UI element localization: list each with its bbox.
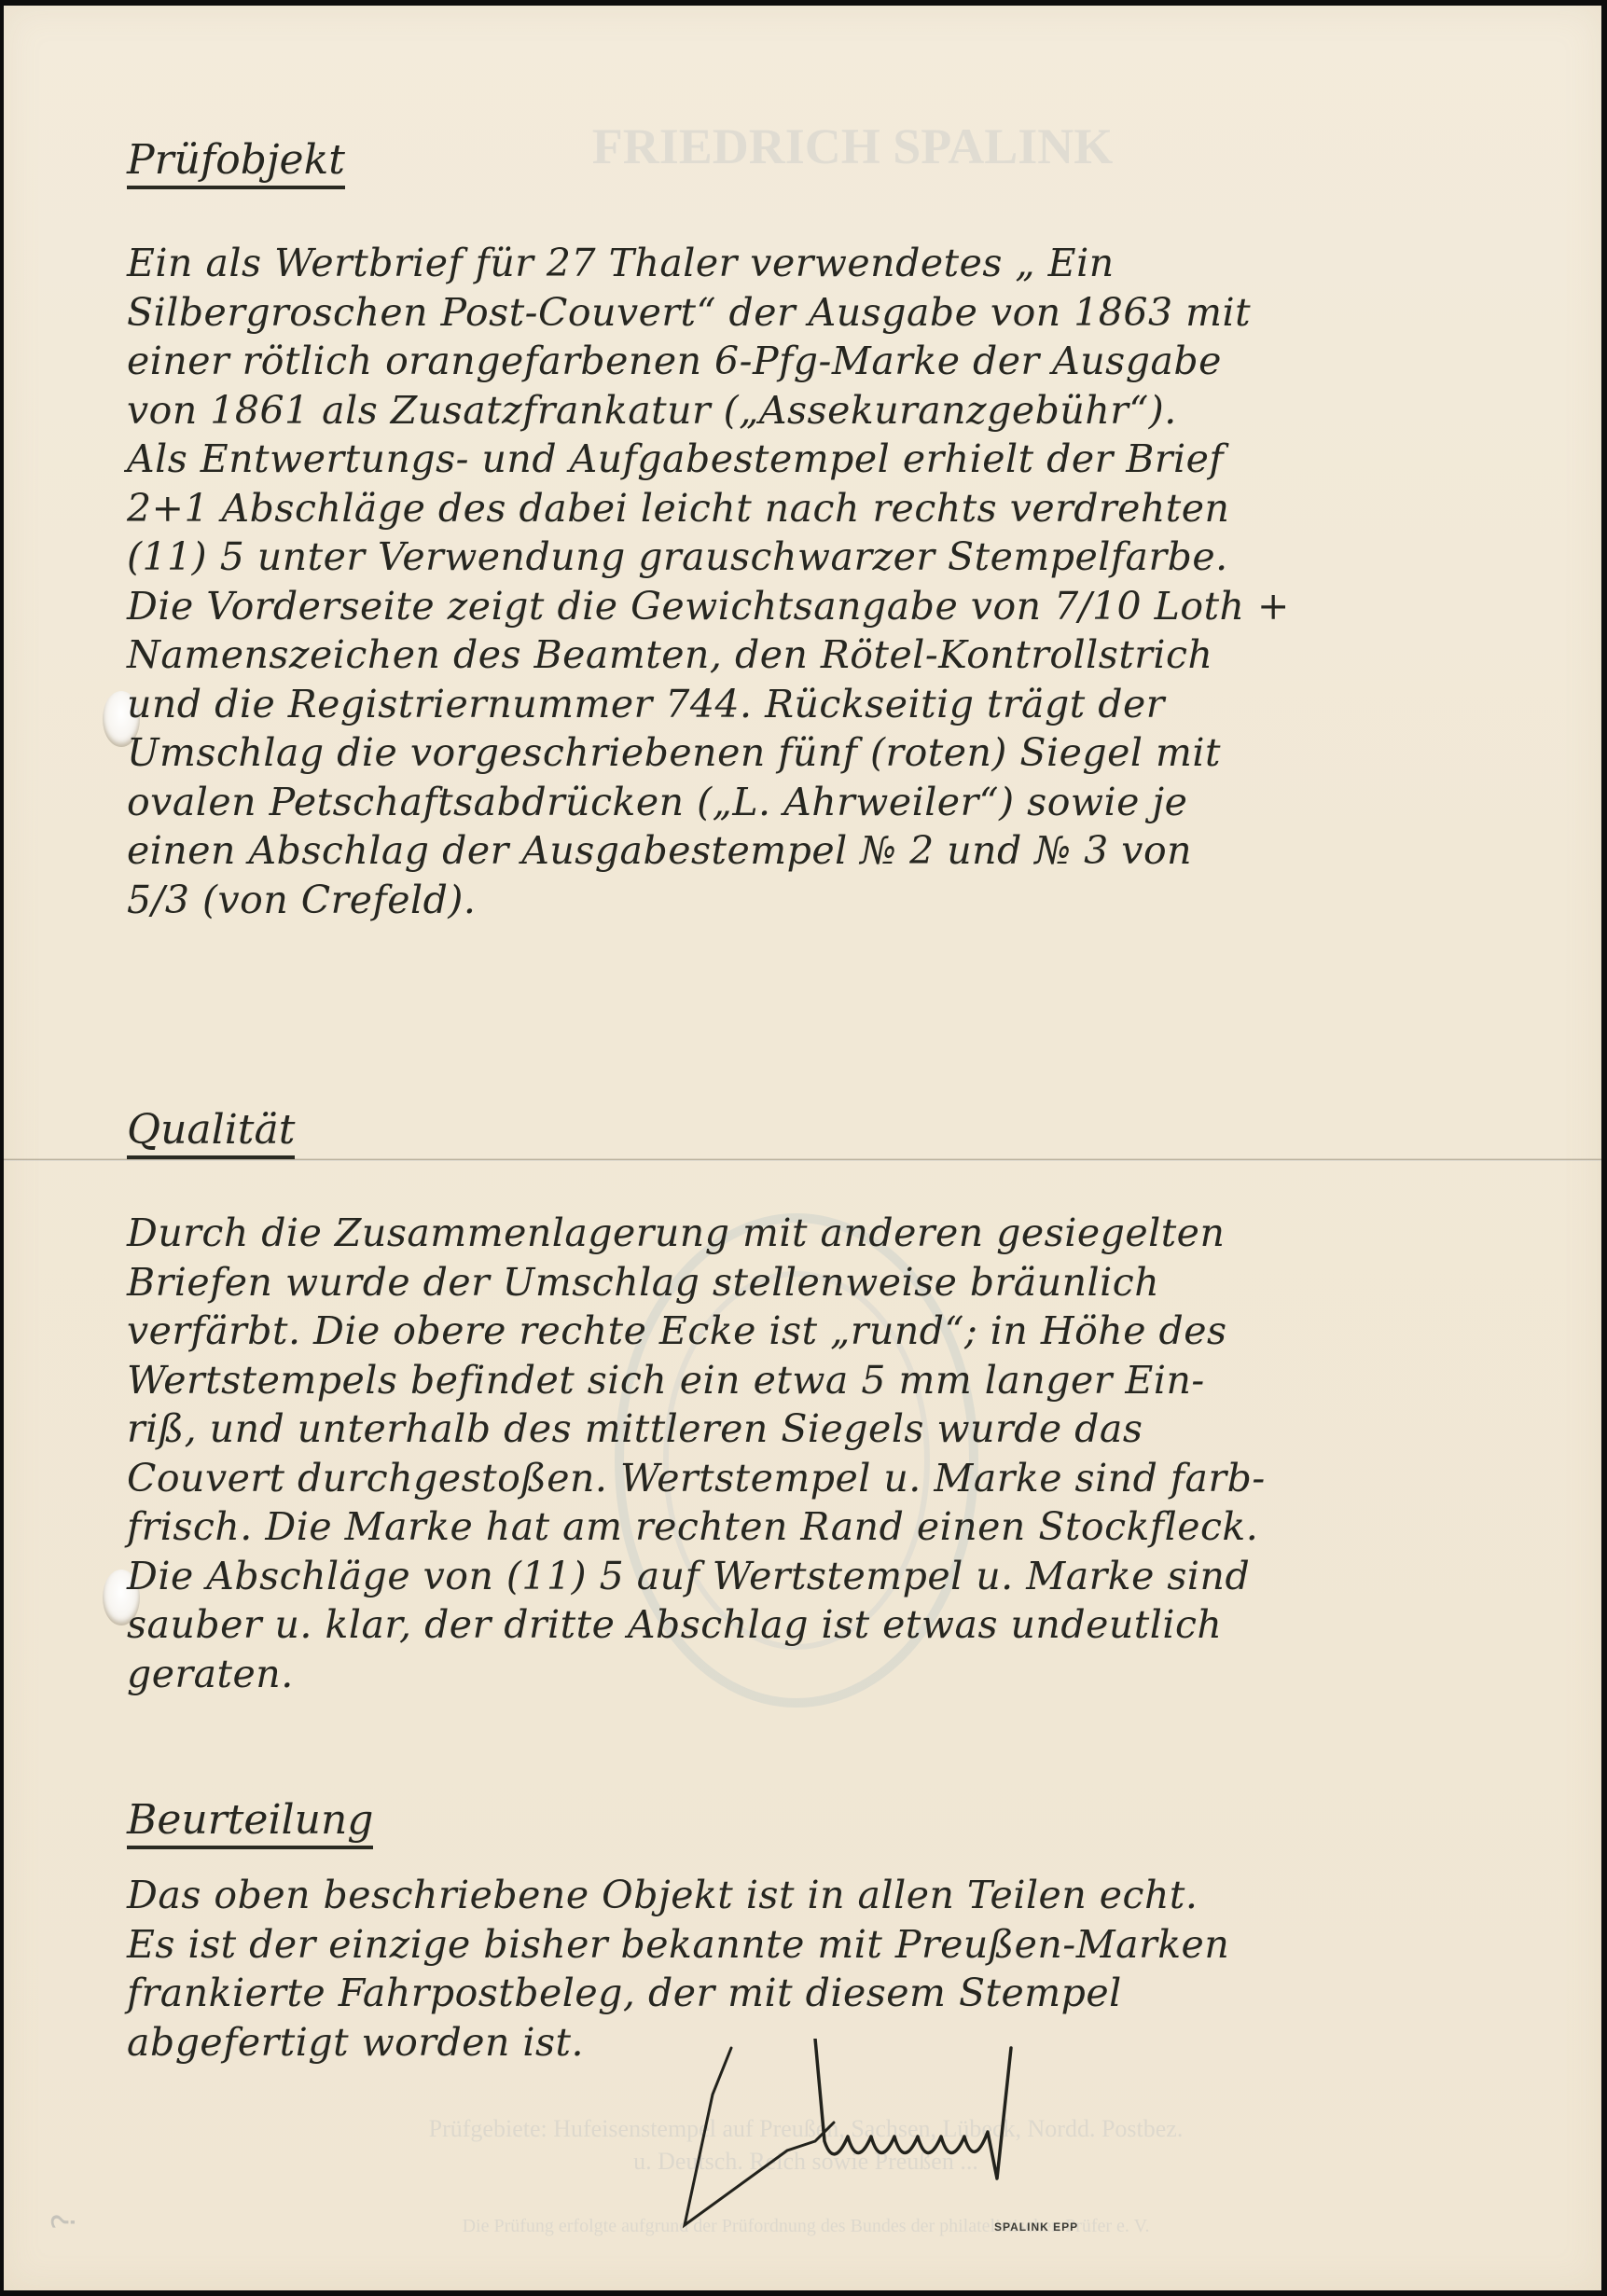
heading-qualitaet: Qualität: [127, 1106, 295, 1159]
text-line: riß, und unterhalb des mittleren Siegels…: [127, 1404, 1582, 1454]
certificate-page: FRIEDRICH SPALINK Prüfgebiete: Hufeisens…: [4, 6, 1601, 2290]
text-line: Briefen wurde der Umschlag stellenweise …: [127, 1258, 1582, 1307]
text-line: von 1861 als Zusatzfrankatur („Assekuran…: [127, 386, 1582, 436]
text-line: verfärbt. Die obere rechte Ecke ist „run…: [127, 1307, 1582, 1356]
text-line: 5/3 (von Crefeld).: [127, 876, 1582, 925]
text-line: einen Abschlag der Ausgabestempel № 2 un…: [127, 826, 1582, 876]
examiner-stamp: SPALINK EPP: [994, 2220, 1078, 2234]
text-line: frisch. Die Marke hat am rechten Rand ei…: [127, 1502, 1582, 1552]
text-line: einer rötlich orangefarbenen 6-Pfg-Marke…: [127, 337, 1582, 386]
text-line: Umschlag die vorgeschriebenen fünf (rote…: [127, 728, 1582, 778]
text-line: sauber u. klar, der dritte Abschlag ist …: [127, 1600, 1582, 1650]
text-line: Es ist der einzige bisher bekannte mit P…: [127, 1920, 1582, 1970]
text-line: (11) 5 unter Verwendung grauschwarzer St…: [127, 533, 1582, 582]
text-line: Wertstempels befindet sich ein etwa 5 mm…: [127, 1356, 1582, 1405]
pruefobjekt-text: Ein als Wertbrief für 27 Thaler verwende…: [127, 239, 1582, 924]
beurteilung-text: Das oben beschriebene Objekt ist in alle…: [127, 1871, 1582, 2067]
pencil-note: ?: [46, 2213, 83, 2230]
heading-pruefobjekt: Prüfobjekt: [127, 136, 345, 189]
letterhead-showthrough-name: FRIEDRICH SPALINK: [526, 118, 1179, 175]
text-line: Durch die Zusammenlagerung mit anderen g…: [127, 1209, 1582, 1258]
text-line: und die Registriernummer 744. Rückseitig…: [127, 680, 1582, 729]
text-line: Die Vorderseite zeigt die Gewichtsangabe…: [127, 582, 1582, 631]
text-line: Silbergroschen Post-Couvert“ der Ausgabe…: [127, 288, 1582, 338]
text-line: 2+1 Abschläge des dabei leicht nach rech…: [127, 484, 1582, 533]
text-line: Namenszeichen des Beamten, den Rötel-Kon…: [127, 630, 1582, 680]
text-line: frankierte Fahrpostbeleg, der mit diesem…: [127, 1969, 1582, 2018]
text-line: Das oben beschriebene Objekt ist in alle…: [127, 1871, 1582, 1920]
text-line: Als Entwertungs- und Aufgabestempel erhi…: [127, 435, 1582, 484]
heading-beurteilung: Beurteilung: [127, 1796, 373, 1849]
text-line: Die Abschläge von (11) 5 auf Wertstempel…: [127, 1552, 1582, 1601]
text-line: geraten.: [127, 1650, 1582, 1699]
text-line: ovalen Petschaftsabdrücken („L. Ahrweile…: [127, 778, 1582, 827]
text-line: Ein als Wertbrief für 27 Thaler verwende…: [127, 239, 1582, 288]
qualitaet-text: Durch die Zusammenlagerung mit anderen g…: [127, 1209, 1582, 1698]
text-line: Couvert durchgestoßen. Wertstempel u. Ma…: [127, 1454, 1582, 1503]
